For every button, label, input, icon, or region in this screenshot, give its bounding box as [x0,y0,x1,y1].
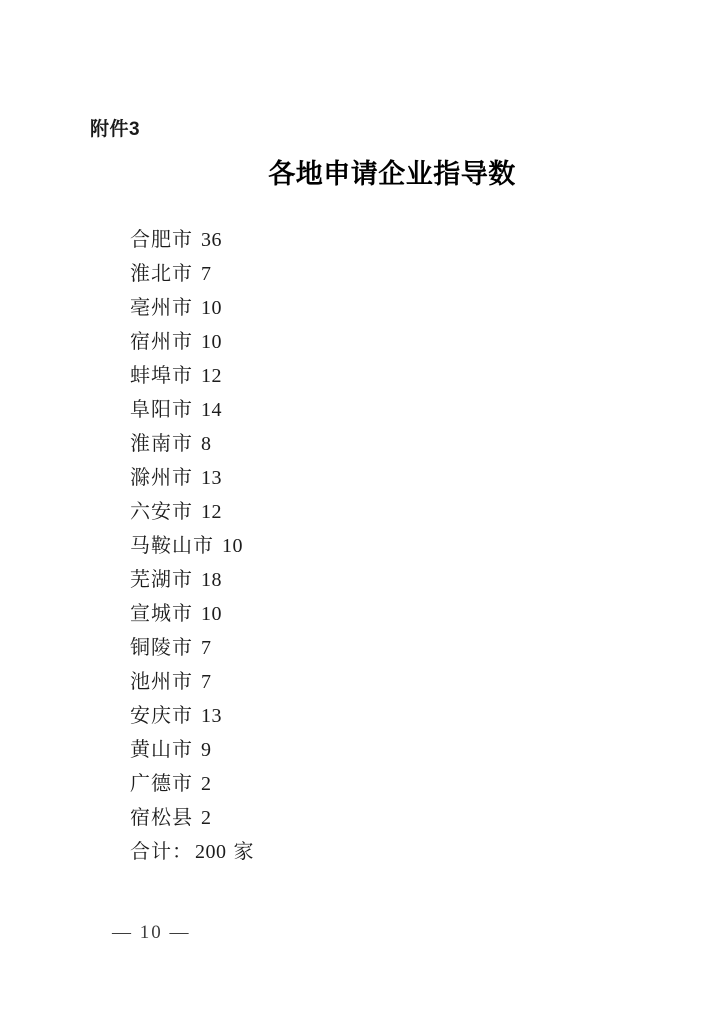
region-name: 铜陵市 [130,637,193,659]
total-label: 合计： [130,841,193,863]
region-count: 10 [201,297,222,319]
region-count: 10 [201,331,222,353]
region-name: 芜湖市 [130,569,193,591]
region-name: 广德市 [130,773,193,795]
list-item: 铜陵市7 [130,631,550,665]
list-item: 淮北市7 [130,257,550,291]
list-item: 亳州市10 [130,291,550,325]
attachment-label: 附件3 [90,114,140,141]
region-count: 36 [201,229,222,251]
region-name: 宿州市 [130,331,193,353]
page-title: 各地申请企业指导数 [90,152,694,191]
list-item: 安庆市13 [130,699,550,733]
region-count: 2 [201,807,212,829]
list-item: 黄山市9 [130,733,550,767]
region-name: 宿松县 [130,807,193,829]
region-count: 8 [201,433,212,455]
list-item: 宿松县2 [130,801,550,835]
total-row: 合计：200家 [130,835,550,869]
region-name: 蚌埠市 [130,365,193,387]
list-item: 蚌埠市12 [130,359,550,393]
list-item: 六安市12 [130,495,550,529]
region-name: 淮北市 [130,263,193,285]
list-item: 广德市2 [130,767,550,801]
list-item: 宣城市10 [130,597,550,631]
total-value: 200 [195,841,227,863]
list-item: 宿州市10 [130,325,550,359]
list-item: 滁州市13 [130,461,550,495]
region-count: 12 [201,365,222,387]
region-name: 六安市 [130,501,193,523]
list-item: 淮南市8 [130,427,550,461]
region-count: 12 [201,501,222,523]
region-count: 7 [201,263,212,285]
region-name: 合肥市 [130,229,193,251]
region-count: 7 [201,671,212,693]
total-unit: 家 [234,841,255,863]
region-name: 马鞍山市 [130,535,214,557]
region-name: 池州市 [130,671,193,693]
region-count: 14 [201,399,222,421]
list-item: 合肥市36 [130,223,550,257]
list-item: 马鞍山市10 [130,529,550,563]
page-number: — 10 — [112,922,191,944]
region-name: 黄山市 [130,739,193,761]
region-count: 13 [201,467,222,489]
region-count: 10 [201,603,222,625]
region-count: 10 [222,535,243,557]
region-count: 9 [201,739,212,761]
list-item: 芜湖市18 [130,563,550,597]
region-name: 阜阳市 [130,399,193,421]
list-item: 阜阳市14 [130,393,550,427]
region-name: 亳州市 [130,297,193,319]
region-name: 滁州市 [130,467,193,489]
region-stats-list: 合肥市36 淮北市7 亳州市10 宿州市10 蚌埠市12 阜阳市14 淮南市8 … [130,223,550,869]
region-count: 18 [201,569,222,591]
list-item: 池州市7 [130,665,550,699]
region-name: 淮南市 [130,433,193,455]
region-count: 13 [201,705,222,727]
region-count: 7 [201,637,212,659]
region-count: 2 [201,773,212,795]
region-name: 安庆市 [130,705,193,727]
region-name: 宣城市 [130,603,193,625]
document-page: 附件3 各地申请企业指导数 合肥市36 淮北市7 亳州市10 宿州市10 蚌埠市… [0,0,724,1024]
